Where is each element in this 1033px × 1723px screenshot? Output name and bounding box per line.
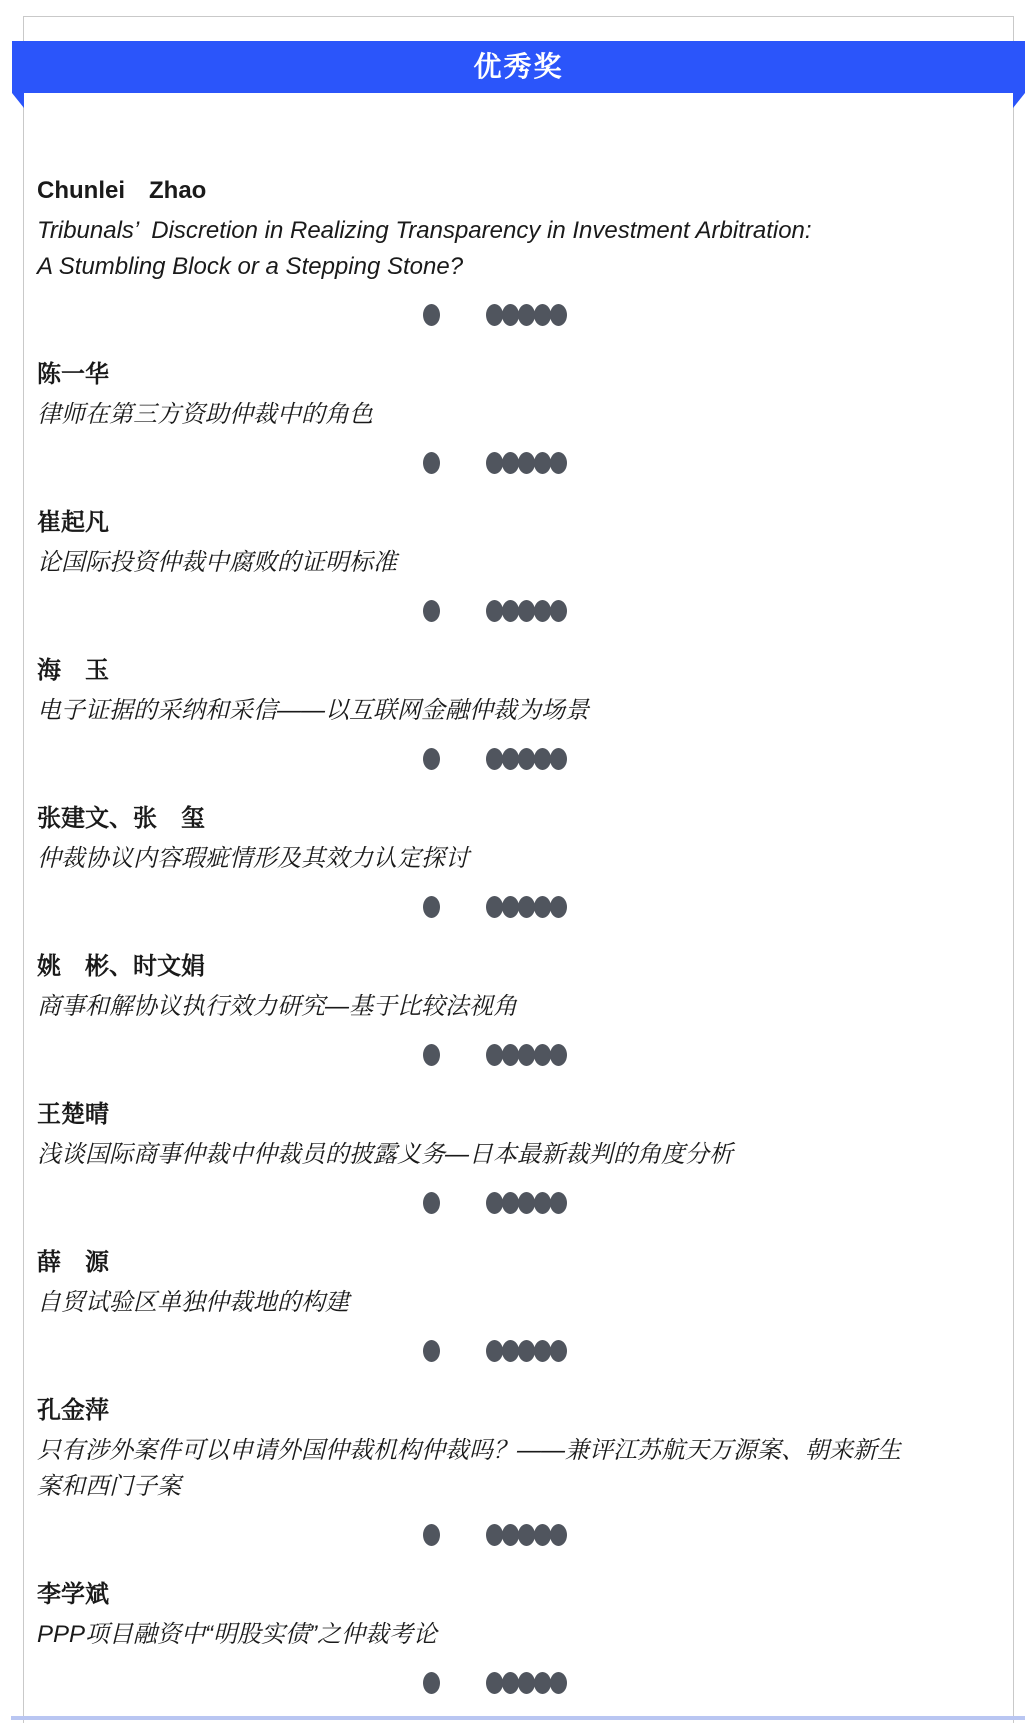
dot-icon	[423, 1044, 440, 1066]
dot-icon	[423, 1672, 440, 1694]
dot-icon	[502, 748, 519, 770]
dot-icon	[486, 304, 503, 326]
dot-icon	[534, 1524, 551, 1546]
dot-separator	[17, 1671, 973, 1695]
paper-title: 自贸试验区单独仲裁地的构建	[37, 1285, 993, 1321]
award-entry: 陈一华 律师在第三方资助仲裁中的角色	[37, 357, 993, 475]
dot-icon	[534, 304, 551, 326]
section-ribbon: 优秀奖	[12, 41, 1025, 93]
dot-group	[486, 1524, 567, 1546]
award-list: Chunlei Zhao Tribunals’ Discretion in Re…	[24, 17, 1013, 1695]
ribbon-fold-left	[12, 93, 24, 108]
winner-name: 崔起凡	[37, 505, 993, 541]
award-entry: 李学斌 PPP项目融资中“明股实债”之仲裁考论	[37, 1577, 993, 1695]
dot-icon	[502, 1672, 519, 1694]
dot-group	[423, 1340, 440, 1362]
dot-icon	[518, 304, 535, 326]
paper-title: 律师在第三方资助仲裁中的角色	[37, 397, 993, 433]
dot-group	[423, 304, 440, 326]
dot-group	[486, 1192, 567, 1214]
dot-icon	[423, 304, 440, 326]
dot-separator	[17, 747, 973, 771]
dot-icon	[518, 1192, 535, 1214]
dot-group	[423, 1192, 440, 1214]
dot-icon	[534, 896, 551, 918]
dot-icon	[502, 896, 519, 918]
dot-icon	[534, 748, 551, 770]
dot-icon	[518, 1340, 535, 1362]
paper-title: 电子证据的采纳和采信——以互联网金融仲裁为场景	[37, 693, 993, 729]
dot-icon	[518, 748, 535, 770]
dot-separator	[17, 895, 973, 919]
dot-group	[486, 896, 567, 918]
dot-group	[423, 1044, 440, 1066]
dot-icon	[486, 1340, 503, 1362]
winner-name: 薛 源	[37, 1245, 993, 1281]
dot-icon	[423, 1192, 440, 1214]
dot-icon	[423, 896, 440, 918]
dot-separator	[17, 1191, 973, 1215]
winner-name: 海 玉	[37, 653, 993, 689]
dot-icon	[534, 1044, 551, 1066]
dot-icon	[534, 600, 551, 622]
dot-icon	[550, 1192, 567, 1214]
paper-title: 论国际投资仲裁中腐败的证明标准	[37, 545, 993, 581]
dot-icon	[534, 452, 551, 474]
award-entry: 崔起凡 论国际投资仲裁中腐败的证明标准	[37, 505, 993, 623]
paper-title: 仲裁协议内容瑕疵情形及其效力认定探讨	[37, 841, 993, 877]
dot-icon	[550, 1524, 567, 1546]
dot-icon	[534, 1340, 551, 1362]
section-title: 优秀奖	[473, 41, 563, 93]
award-entry: 王楚晴 浅谈国际商事仲裁中仲裁员的披露义务—日本最新裁判的角度分析	[37, 1097, 993, 1215]
dot-icon	[502, 1192, 519, 1214]
dot-icon	[518, 1524, 535, 1546]
paper-title: PPP项目融资中“明股实债”之仲裁考论	[37, 1617, 993, 1653]
award-entry: 孔金萍 只有涉外案件可以申请外国仲裁机构仲裁吗？——兼评江苏航天万源案、朝来新生…	[37, 1393, 993, 1547]
dot-group	[486, 304, 567, 326]
paper-title: Tribunals’ Discretion in Realizing Trans…	[37, 213, 993, 285]
dot-icon	[518, 1044, 535, 1066]
dot-icon	[502, 1340, 519, 1362]
dot-icon	[518, 452, 535, 474]
dot-icon	[486, 1044, 503, 1066]
winner-name: 姚 彬、时文娟	[37, 949, 993, 985]
dot-icon	[502, 304, 519, 326]
dot-icon	[550, 1340, 567, 1362]
dot-separator	[17, 303, 973, 327]
winner-name: 陈一华	[37, 357, 993, 393]
dot-icon	[486, 748, 503, 770]
dot-icon	[550, 748, 567, 770]
dot-group	[486, 600, 567, 622]
dot-icon	[423, 748, 440, 770]
next-section-ribbon-edge	[11, 1716, 1025, 1720]
dot-group	[423, 896, 440, 918]
dot-icon	[423, 452, 440, 474]
dot-group	[423, 1672, 440, 1694]
dot-icon	[486, 896, 503, 918]
dot-separator	[17, 1043, 973, 1067]
dot-group	[486, 748, 567, 770]
dot-icon	[550, 1672, 567, 1694]
winner-name: 孔金萍	[37, 1393, 993, 1429]
dot-separator	[17, 1523, 973, 1547]
dot-icon	[518, 600, 535, 622]
dot-icon	[550, 896, 567, 918]
dot-icon	[534, 1192, 551, 1214]
winner-name: 张建文、张 玺	[37, 801, 993, 837]
award-entry: Chunlei Zhao Tribunals’ Discretion in Re…	[37, 173, 993, 327]
dot-group	[486, 1044, 567, 1066]
dot-separator	[17, 1339, 973, 1363]
dot-icon	[486, 1524, 503, 1546]
dot-group	[423, 1524, 440, 1546]
dot-icon	[502, 1044, 519, 1066]
dot-icon	[486, 1672, 503, 1694]
award-card: 优秀奖 Chunlei Zhao Tribunals’ Discretion i…	[23, 16, 1014, 1723]
dot-group	[486, 452, 567, 474]
dot-icon	[423, 1340, 440, 1362]
dot-icon	[550, 452, 567, 474]
dot-icon	[502, 600, 519, 622]
dot-icon	[518, 1672, 535, 1694]
dot-icon	[423, 1524, 440, 1546]
dot-icon	[550, 600, 567, 622]
dot-group	[423, 748, 440, 770]
dot-icon	[423, 600, 440, 622]
dot-icon	[486, 452, 503, 474]
award-entry: 薛 源 自贸试验区单独仲裁地的构建	[37, 1245, 993, 1363]
ribbon-fold-right	[1013, 93, 1025, 108]
dot-separator	[17, 451, 973, 475]
paper-title: 浅谈国际商事仲裁中仲裁员的披露义务—日本最新裁判的角度分析	[37, 1137, 993, 1173]
dot-icon	[518, 896, 535, 918]
dot-group	[486, 1672, 567, 1694]
dot-separator	[17, 599, 973, 623]
paper-title: 只有涉外案件可以申请外国仲裁机构仲裁吗？——兼评江苏航天万源案、朝来新生 案和西…	[37, 1433, 993, 1505]
paper-title: 商事和解协议执行效力研究—基于比较法视角	[37, 989, 993, 1025]
winner-name: 李学斌	[37, 1577, 993, 1613]
winner-name: Chunlei Zhao	[37, 173, 993, 209]
dot-group	[423, 600, 440, 622]
dot-icon	[486, 600, 503, 622]
award-entry: 海 玉 电子证据的采纳和采信——以互联网金融仲裁为场景	[37, 653, 993, 771]
dot-icon	[502, 452, 519, 474]
dot-icon	[486, 1192, 503, 1214]
dot-icon	[550, 1044, 567, 1066]
award-entry: 姚 彬、时文娟 商事和解协议执行效力研究—基于比较法视角	[37, 949, 993, 1067]
dot-icon	[502, 1524, 519, 1546]
dot-group	[423, 452, 440, 474]
winner-name: 王楚晴	[37, 1097, 993, 1133]
dot-icon	[534, 1672, 551, 1694]
award-entry: 张建文、张 玺 仲裁协议内容瑕疵情形及其效力认定探讨	[37, 801, 993, 919]
dot-group	[486, 1340, 567, 1362]
dot-icon	[550, 304, 567, 326]
